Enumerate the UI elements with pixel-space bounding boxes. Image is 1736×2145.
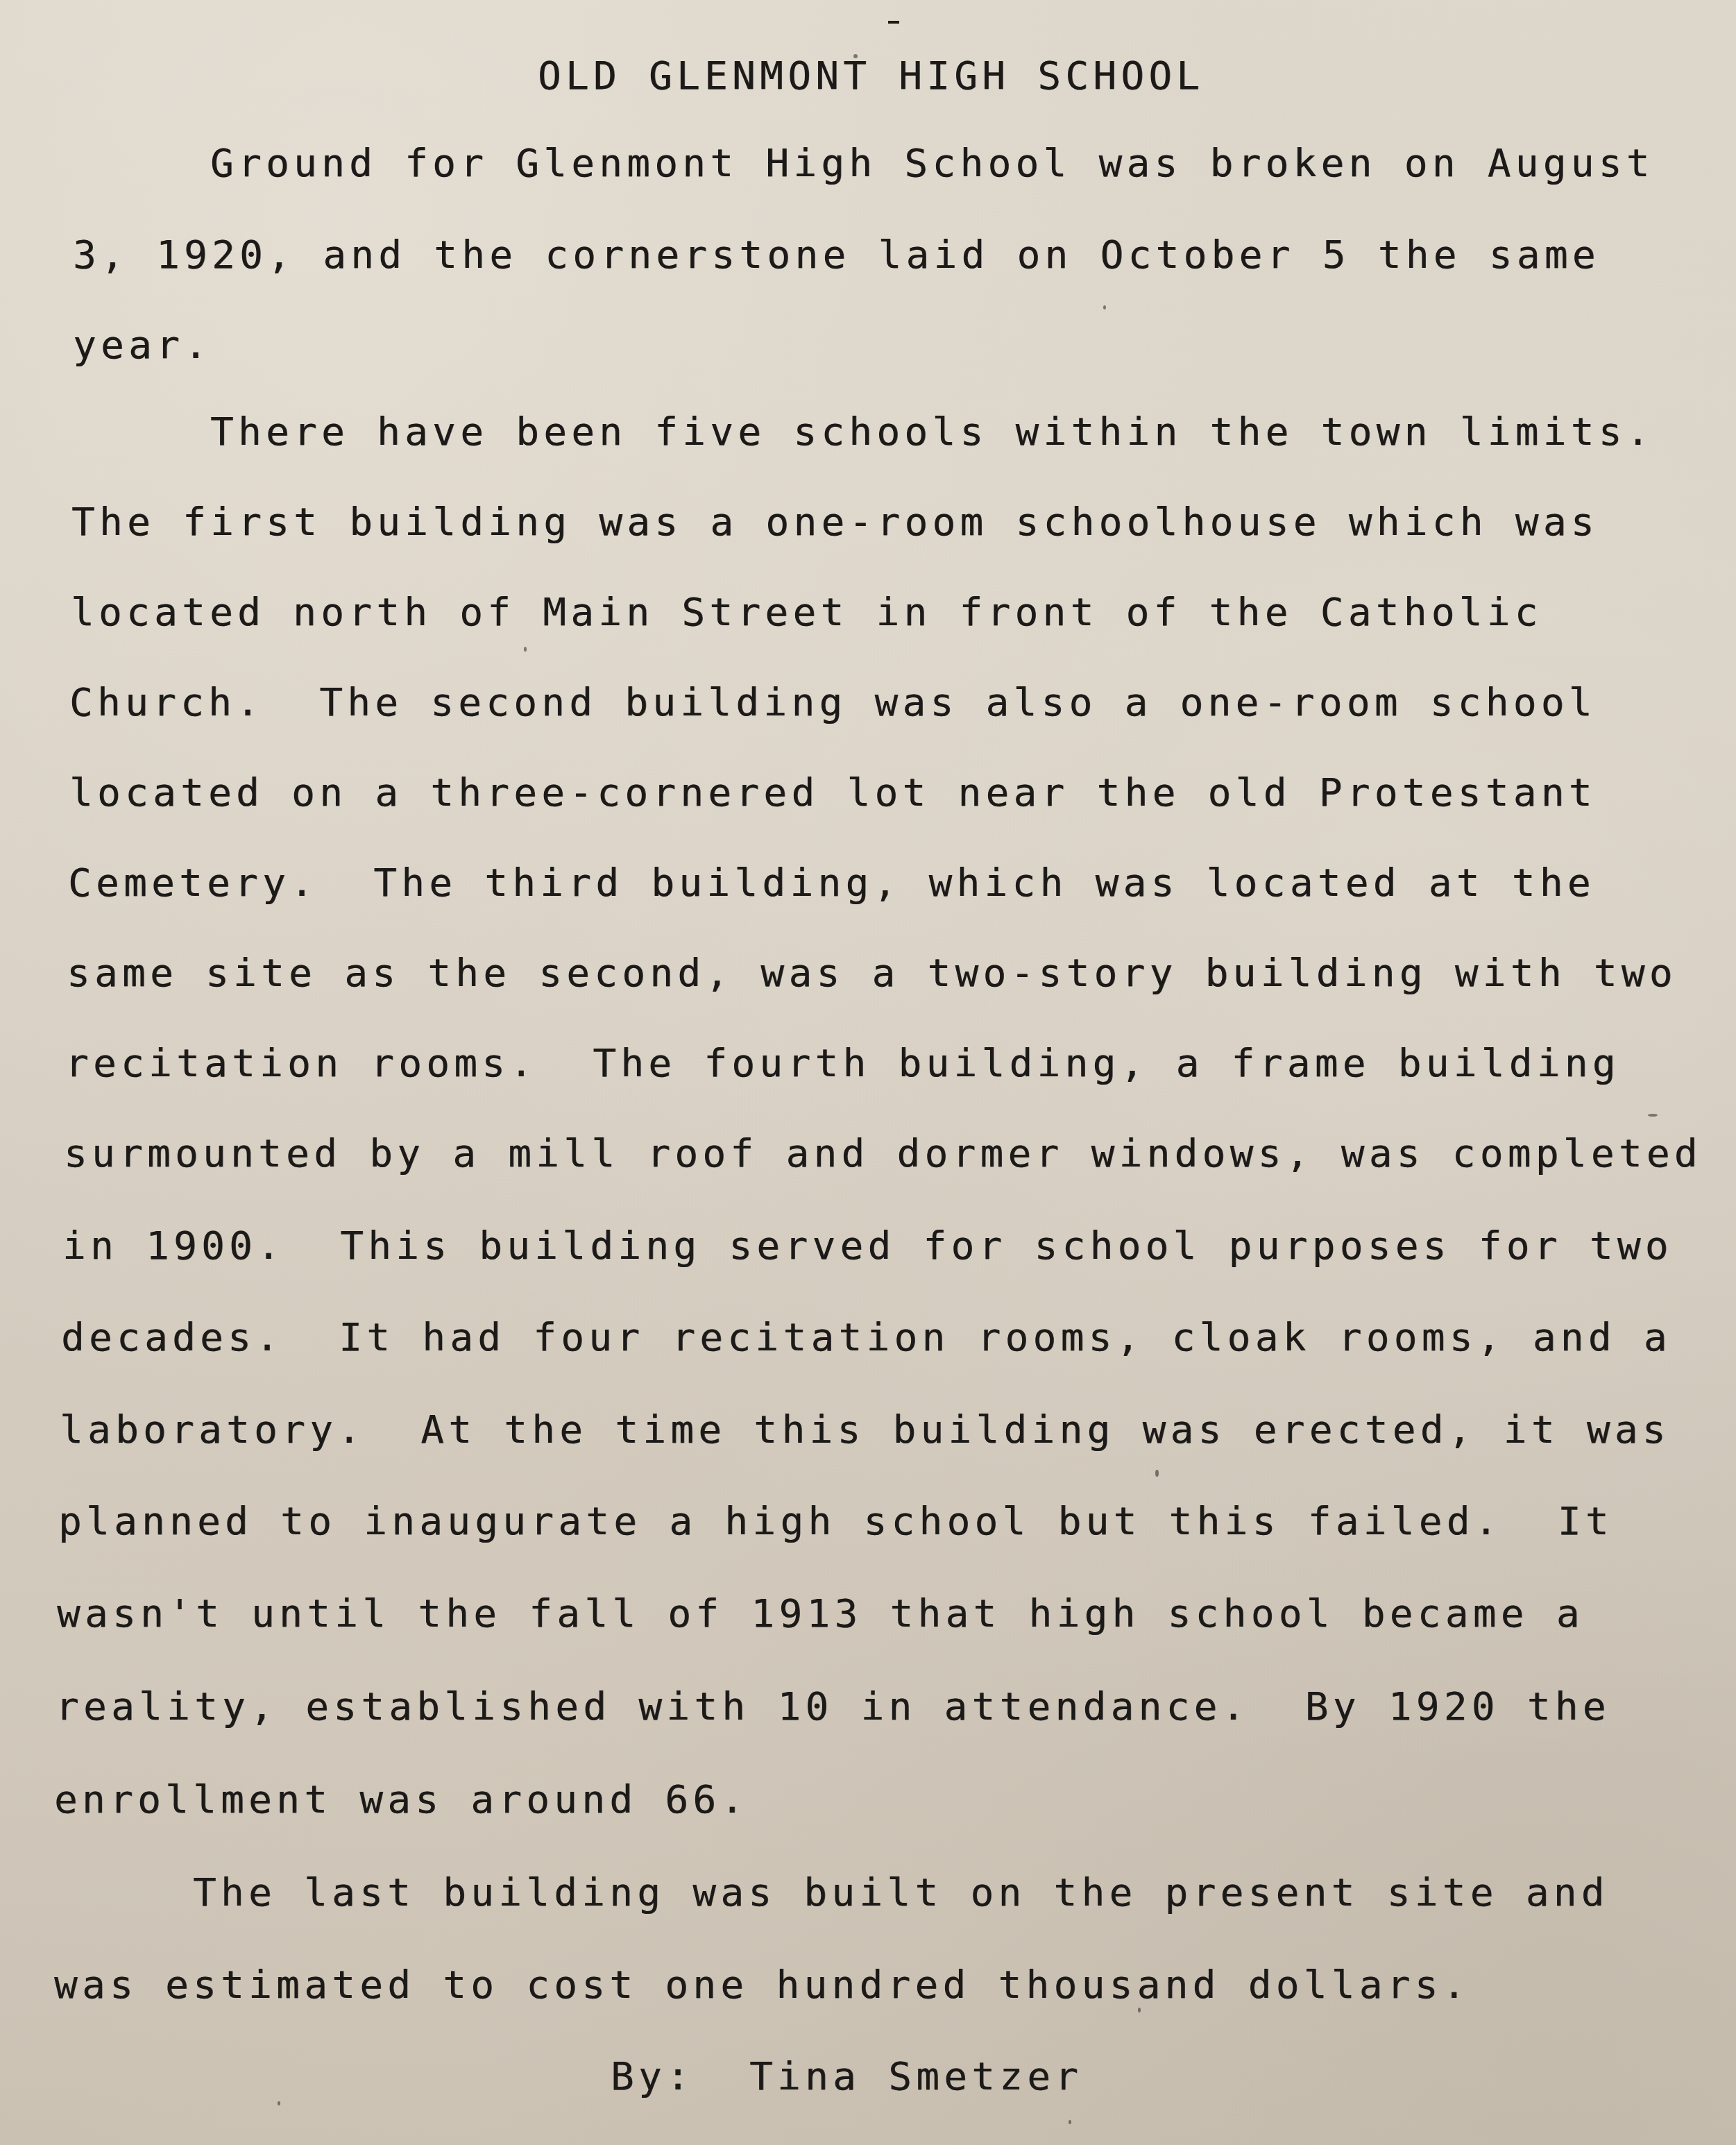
line-17: wasn't until the fall of 1913 that high … — [57, 1595, 1584, 1634]
line-16: planned to inaugurate a high school but … — [58, 1502, 1613, 1541]
line-13: in 1900. This building served for school… — [62, 1227, 1673, 1266]
paper-speck — [1155, 1470, 1159, 1477]
byline: By: Tina Smetzer — [611, 2058, 1082, 2096]
line-7: Church. The second building was also a o… — [69, 684, 1597, 722]
line-5: The first building was a one-room school… — [71, 503, 1599, 542]
paper-speck — [1103, 305, 1106, 310]
paper-speck — [1138, 2008, 1141, 2012]
line-8: located on a three-cornered lot near the… — [69, 774, 1597, 813]
paper-speck — [1069, 2120, 1071, 2124]
line-11: recitation rooms. The fourth building, a… — [65, 1044, 1620, 1083]
line-6: located north of Main Street in front of… — [71, 593, 1542, 632]
line-14: decades. It had four recitation rooms, c… — [61, 1319, 1671, 1357]
line-3: year. — [73, 326, 212, 365]
line-20: The last building was built on the prese… — [193, 1874, 1609, 1913]
line-2: 3, 1920, and the cornerstone laid on Oct… — [73, 236, 1600, 275]
line-1: Ground for Glenmont High School was brok… — [210, 144, 1654, 183]
typed-page: OLD GLENMONT HIGH SCHOOL Ground for Glen… — [0, 0, 1736, 2145]
paper-speck — [524, 647, 527, 652]
line-9: Cemetery. The third building, which was … — [68, 864, 1595, 903]
line-4: There have been five schools within the … — [210, 413, 1654, 452]
line-12: surmounted by a mill roof and dormer win… — [64, 1135, 1702, 1173]
document-title: OLD GLENMONT HIGH SCHOOL — [538, 57, 1204, 96]
line-15: laboratory. At the time this building wa… — [60, 1411, 1670, 1450]
paper-speck — [1648, 1114, 1658, 1117]
line-21: was estimated to cost one hundred thousa… — [54, 1966, 1470, 2005]
paper-speck — [853, 54, 858, 58]
line-19: enrollment was around 66. — [54, 1781, 748, 1820]
paper-speck — [278, 2101, 280, 2105]
line-10: same site as the second, was a two-story… — [67, 954, 1677, 993]
top-dash-mark — [888, 21, 899, 24]
line-18: reality, established with 10 in attendan… — [56, 1688, 1610, 1727]
